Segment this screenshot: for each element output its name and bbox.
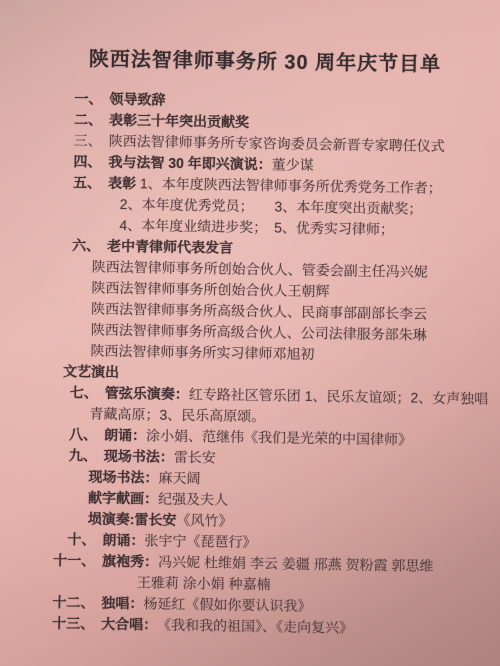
line-number: 八、: [69, 424, 97, 445]
line-number: 十、: [67, 529, 95, 550]
line-text: 麻天阔: [158, 468, 200, 490]
line-text: 领导致辞: [109, 89, 165, 111]
line-number: 六、: [72, 235, 100, 256]
line-text: 雷长安: [174, 447, 216, 469]
line-number: 一、: [74, 88, 102, 109]
line-number: 二、: [74, 109, 102, 130]
line-text: 《风竹》: [176, 510, 232, 532]
line-text: 王雅莉 涂小娟 种嘉楠: [137, 572, 271, 595]
line-text: 老中青律师代表发言: [107, 236, 233, 259]
line-text: 埙演奏:雷长安: [88, 508, 177, 530]
page-title: 陕西法智律师事务所 30 周年庆节目单: [40, 42, 474, 78]
line-text: 张宇宁《琵琶行》: [144, 530, 256, 553]
line-text: 陕西法智律师事务所实习律师邓旭初: [90, 341, 314, 366]
line-text: 董少谋: [272, 154, 314, 176]
line-text: 献字献画：: [88, 487, 158, 509]
line-text: 朗诵：: [104, 425, 146, 447]
line-text: 旗袍秀：: [102, 551, 158, 573]
line-number: 三、: [74, 130, 102, 151]
line-text: 管弦乐演奏：: [105, 383, 189, 405]
line-text: 现场书法：: [104, 446, 174, 468]
line-text: 独唱：: [101, 593, 143, 615]
program-list: 一、领导致辞二、表彰三十年突出贡献奖三、陕西法智律师事务所专家咨询委员会新晋专家…: [31, 88, 474, 641]
line-text: 朗诵：: [102, 530, 144, 552]
line-number: 四、: [73, 151, 101, 172]
line-text: 现场书法：: [88, 466, 158, 488]
line-number: 十一、: [53, 550, 95, 572]
line-text: 大合唱：: [101, 614, 157, 636]
line-text: 《我和我的祖国》、《走向复兴》: [157, 615, 353, 639]
line-text: 文艺演出: [63, 361, 119, 383]
line-text: 我与法智 30 年即兴演说：: [108, 152, 272, 176]
program-sheet: 陕西法智律师事务所 30 周年庆节目单 一、领导致辞二、表彰三十年突出贡献奖三、…: [0, 0, 500, 666]
line-text: 表彰: [108, 173, 136, 194]
line-text: 青藏高原；3、民乐高原颂。: [89, 404, 265, 428]
line-text: 纪强及夫人: [158, 489, 228, 511]
line-number: 十二、: [52, 592, 94, 614]
line-text: 表彰三十年突出贡献奖: [109, 110, 249, 133]
line-number: 五、: [73, 172, 101, 193]
photo-background: 陕西法智律师事务所 30 周年庆节目单 一、领导致辞二、表彰三十年突出贡献奖三、…: [0, 0, 500, 666]
line-number: 九、: [69, 445, 97, 466]
line-text: 杨延红《假如你要认识我》: [143, 593, 311, 617]
line-number: 七、: [70, 382, 98, 403]
line-number: 十三、: [52, 613, 94, 635]
